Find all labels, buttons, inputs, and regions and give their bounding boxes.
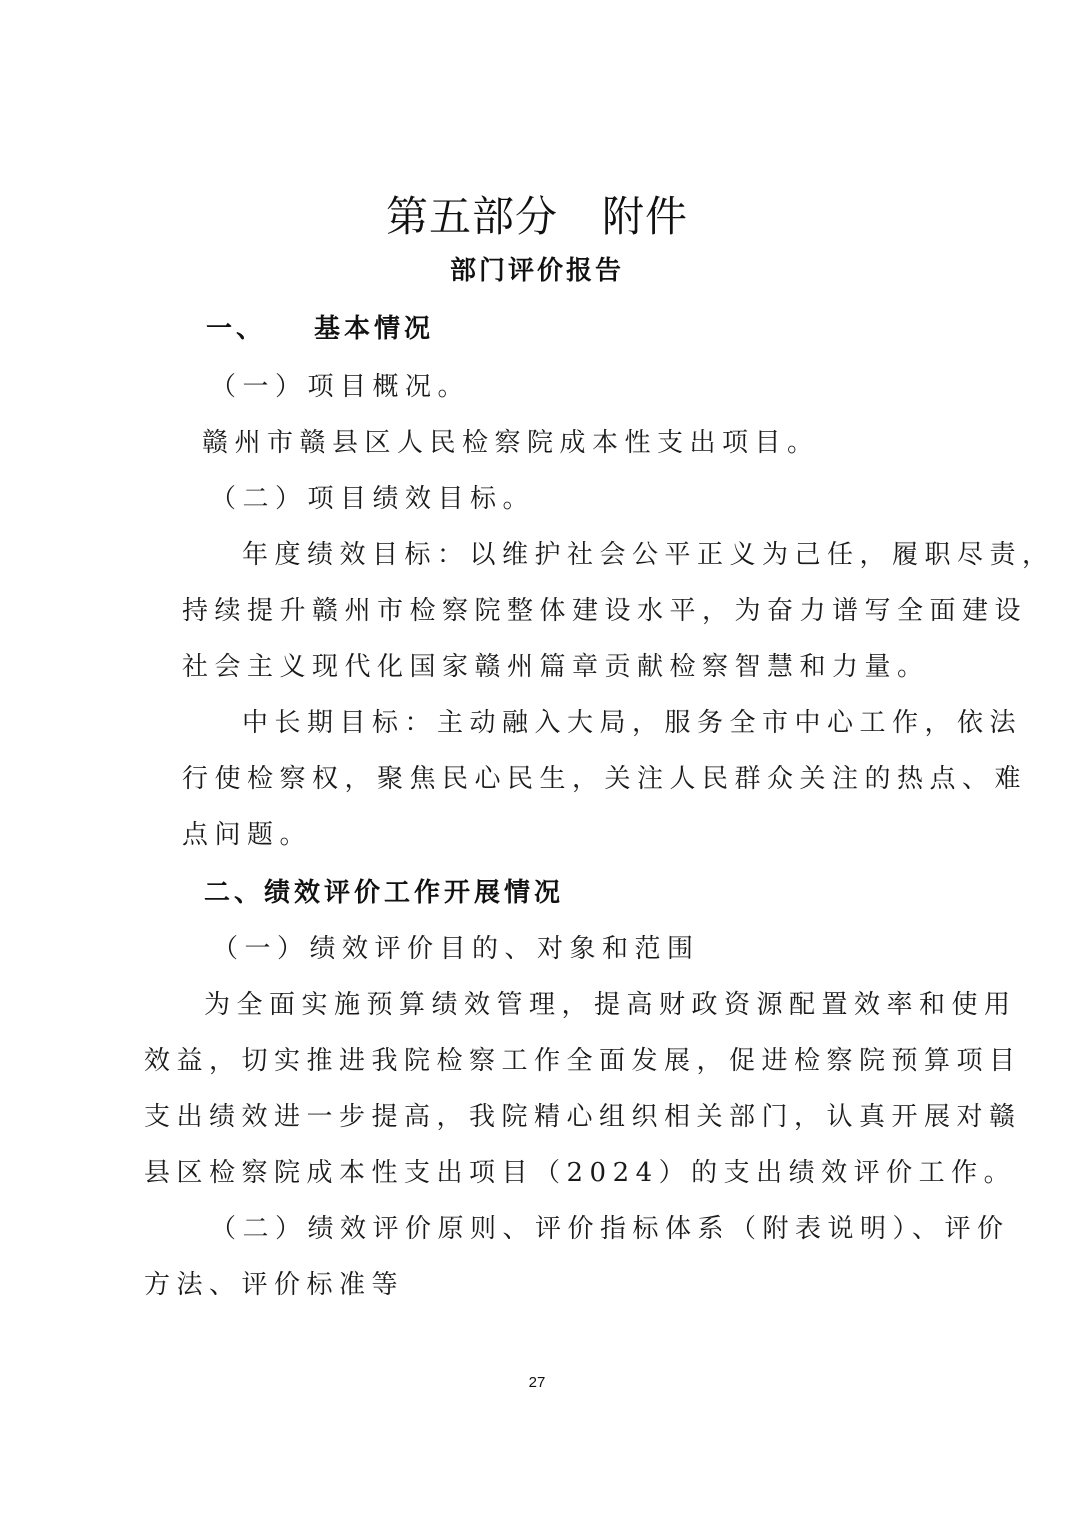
section-2-heading: 二、绩效评价工作开展情况 (204, 880, 564, 906)
subsection-1-2-heading: （二）项目绩效目标。 (210, 486, 535, 512)
subsection-2-2-heading-line-1: （二）绩效评价原则、评价指标体系（附表说明）、评价 (210, 1216, 1010, 1242)
paragraph-longterm-goal-line-2: 行使检察权，聚焦民心民生，关注人民群众关注的热点、难 (182, 766, 1027, 792)
report-title: 部门评价报告 (0, 258, 1074, 284)
paragraph-longterm-goal-line-3: 点问题。 (182, 822, 312, 848)
section-1-number: 一、 (206, 314, 266, 344)
paragraph-annual-goal-line-3: 社会主义现代化国家赣州篇章贡献检察智慧和力量。 (182, 654, 930, 680)
page-number: 27 (0, 1375, 1074, 1390)
subsection-1-1-heading: （一）项目概况。 (210, 374, 470, 400)
paragraph-evaluation-purpose-line-4: 县区检察院成本性支出项目（2024）的支出绩效评价工作。 (144, 1160, 1016, 1186)
subsection-2-1-heading: （一）绩效评价目的、对象和范围 (212, 936, 700, 962)
section-1-heading: 一、基本情况 (206, 316, 434, 342)
paragraph-annual-goal-line-1: 年度绩效目标：以维护社会公平正义为己任，履职尽责， (242, 542, 1055, 568)
subsection-2-2-heading-line-2: 方法、评价标准等 (144, 1272, 404, 1298)
paragraph-annual-goal-line-2: 持续提升赣州市检察院整体建设水平，为奋力谱写全面建设 (182, 598, 1027, 624)
paragraph-project-overview: 赣州市赣县区人民检察院成本性支出项目。 (202, 430, 820, 456)
section-1-title: 基本情况 (314, 314, 434, 344)
paragraph-longterm-goal-line-1: 中长期目标：主动融入大局，服务全市中心工作，依法 (242, 710, 1022, 736)
part-title-main: 第五部分 (386, 192, 558, 241)
paragraph-evaluation-purpose-line-2: 效益，切实推进我院检察工作全面发展，促进检察院预算项目 (144, 1048, 1022, 1074)
document-page: 第五部分附件 部门评价报告 一、基本情况 （一）项目概况。 赣州市赣县区人民检察… (0, 0, 1074, 1520)
paragraph-evaluation-purpose-line-1: 为全面实施预算绩效管理，提高财政资源配置效率和使用 (204, 992, 1017, 1018)
paragraph-evaluation-purpose-line-3: 支出绩效进一步提高，我院精心组织相关部门，认真开展对赣 (144, 1104, 1022, 1130)
part-title-sub: 附件 (602, 192, 688, 241)
part-title: 第五部分附件 (0, 196, 1074, 238)
